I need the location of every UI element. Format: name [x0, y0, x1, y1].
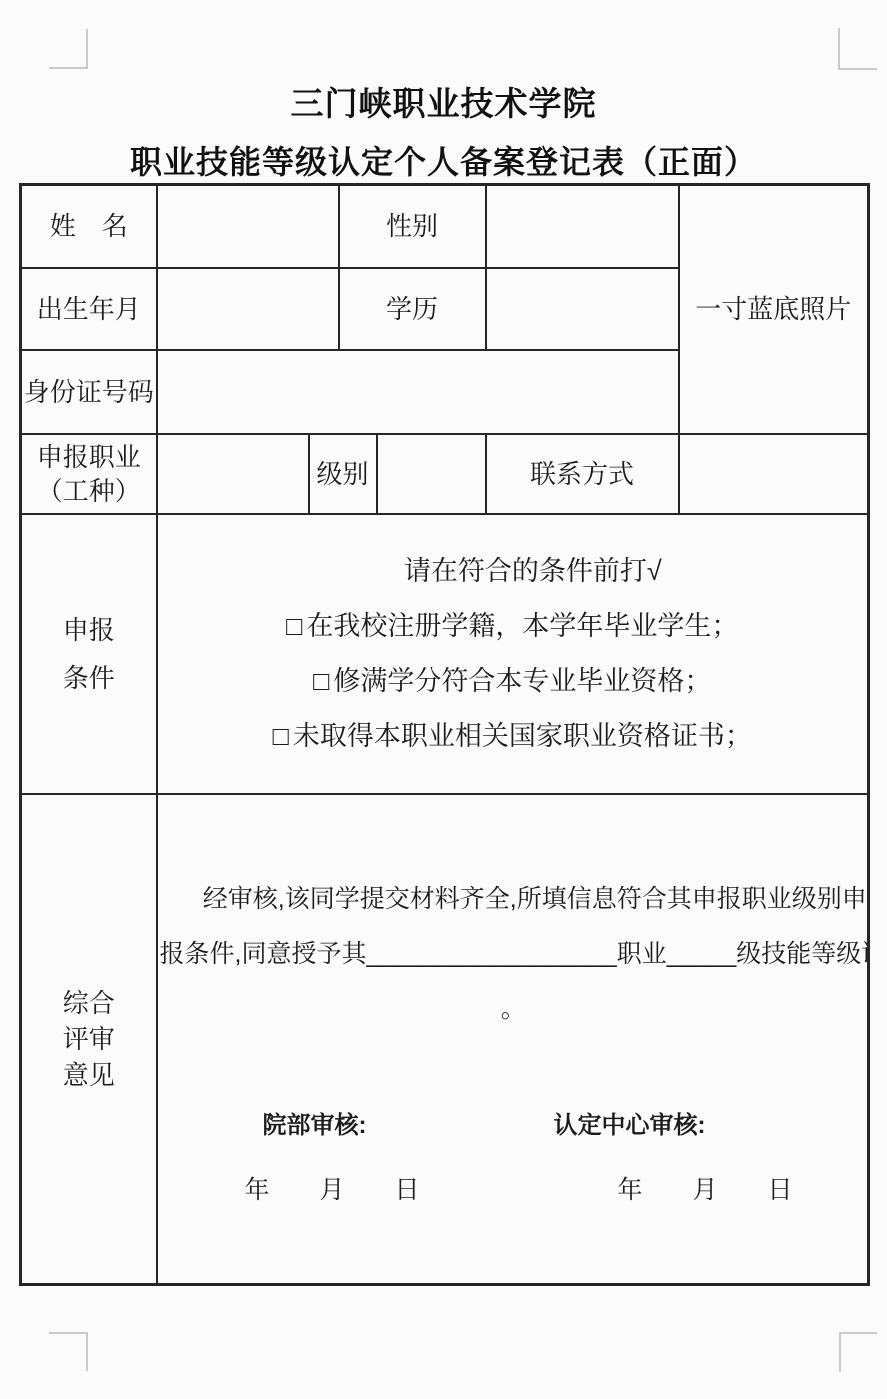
gender-value-cell[interactable]	[486, 185, 679, 268]
crop-mark-bottom-right-icon	[839, 1332, 877, 1372]
review-label-line3: 意见	[22, 1057, 156, 1093]
conditions-content-cell: 请在符合的条件前打√ □在我校注册学籍，本学年毕业学生； □修满学分符合本专业毕…	[157, 514, 869, 794]
conditions-label-line1: 申报	[22, 606, 156, 654]
photo-note: 一寸蓝底照片	[695, 294, 851, 324]
condition-item-text: 修满学分符合本专业毕业资格；	[333, 666, 711, 696]
id-number-value-cell[interactable]	[157, 350, 679, 434]
birth-date-value-cell[interactable]	[157, 268, 339, 350]
conditions-label-line2: 条件	[22, 654, 156, 702]
review-paragraph-line2: 报条件,同意授予其__________________职业_____级技能等级证…	[158, 927, 868, 982]
name-label: 姓 名	[50, 211, 128, 241]
review-label-cell: 综合 评审 意见	[21, 794, 157, 1285]
birth-date-label: 出生年月	[37, 294, 141, 324]
conditions-label-cell: 申报 条件	[21, 514, 157, 794]
name-label-cell: 姓 名	[21, 185, 157, 268]
registration-form-table: 姓 名 性别 一寸蓝底照片 出生年月 学历 身份证号码	[19, 183, 870, 1286]
occupation-label-line1: 申报职业	[22, 440, 156, 474]
occupation-label-cell: 申报职业 （工种）	[21, 434, 157, 514]
birth-date-label-cell: 出生年月	[21, 268, 157, 350]
contact-label-cell: 联系方式	[486, 434, 679, 514]
id-number-label: 身份证号码	[24, 377, 154, 407]
date-placeholder-left: 年 月 日	[245, 1170, 420, 1206]
condition-item: □在我校注册学籍，本学年毕业学生；	[158, 599, 868, 654]
gender-label: 性别	[386, 211, 438, 241]
gender-label-cell: 性别	[339, 185, 486, 268]
contact-value-cell[interactable]	[679, 434, 869, 514]
education-label-cell: 学历	[339, 268, 486, 350]
document-title-line1: 三门峡职业技术学院	[0, 78, 887, 125]
education-label: 学历	[386, 294, 438, 324]
review-label-line2: 评审	[22, 1021, 156, 1057]
checkbox-icon[interactable]: □	[313, 654, 329, 709]
education-value-cell[interactable]	[486, 268, 679, 350]
document-page: 三门峡职业技术学院 职业技能等级认定个人备案登记表（正面） 姓 名 性别 一寸蓝…	[0, 0, 887, 1399]
id-number-label-cell: 身份证号码	[21, 350, 157, 434]
review-paragraph-line1: 经审核,该同学提交材料齐全,所填信息符合其申报职业级别申	[158, 872, 868, 927]
level-value-cell[interactable]	[377, 434, 486, 514]
review-paragraph-line3: 。	[158, 982, 868, 1037]
review-content-cell: 经审核,该同学提交材料齐全,所填信息符合其申报职业级别申 报条件,同意授予其__…	[157, 794, 869, 1285]
level-label-cell: 级别	[309, 434, 377, 514]
condition-item: □修满学分符合本专业毕业资格；	[158, 654, 868, 709]
checkbox-icon[interactable]: □	[286, 599, 302, 654]
conditions-intro: 请在符合的条件前打√	[158, 544, 868, 599]
crop-mark-bottom-left-icon	[49, 1332, 88, 1371]
center-audit-label: 认定中心审核:	[554, 1105, 706, 1140]
condition-item-text: 未取得本职业相关国家职业资格证书；	[293, 721, 752, 751]
condition-item: □未取得本职业相关国家职业资格证书；	[158, 709, 868, 764]
date-placeholder-right: 年 月 日	[618, 1170, 793, 1206]
document-title-line2: 职业技能等级认定个人备案登记表（正面）	[0, 137, 887, 183]
photo-cell[interactable]: 一寸蓝底照片	[679, 185, 869, 434]
audit-signature-row: 院部审核: 认定中心审核:	[158, 1105, 868, 1140]
audit-date-row: 年 月 日 年 月 日	[158, 1170, 868, 1206]
contact-label: 联系方式	[530, 459, 634, 489]
review-label-line1: 综合	[22, 985, 156, 1021]
occupation-label-line2: （工种）	[22, 474, 156, 508]
crop-mark-top-right-icon	[838, 28, 877, 70]
name-value-cell[interactable]	[157, 185, 339, 268]
department-audit-label: 院部审核:	[263, 1105, 367, 1140]
occupation-value-cell[interactable]	[157, 434, 309, 514]
checkbox-icon[interactable]: □	[273, 709, 289, 764]
level-label: 级别	[316, 459, 368, 489]
condition-item-text: 在我校注册学籍，本学年毕业学生；	[306, 611, 738, 641]
crop-mark-top-left-icon	[49, 29, 88, 69]
